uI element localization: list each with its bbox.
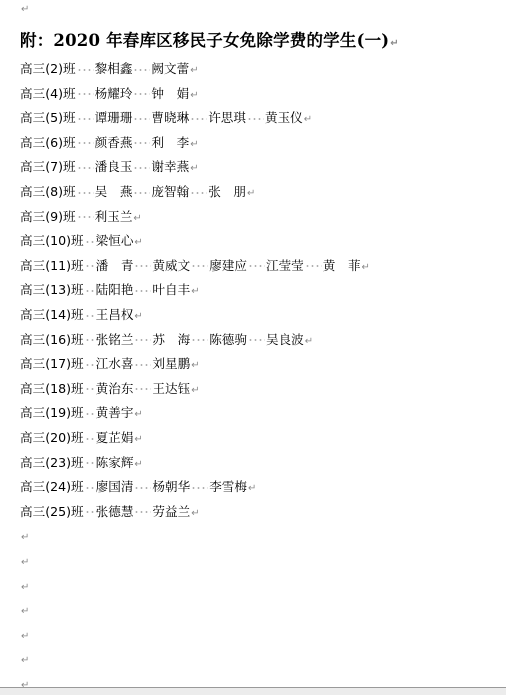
student-name: 钟 娟 <box>151 86 189 102</box>
paragraph-mark-icon: ↵ <box>133 213 141 224</box>
student-name: 夏芷娟 <box>96 430 134 446</box>
student-name: 颜香燕 <box>95 135 133 151</box>
class-label: 高三(18)班 <box>20 381 84 397</box>
student-name: 陈家辉 <box>96 455 134 471</box>
student-name: 杨耀玲 <box>95 86 133 102</box>
student-name: 利玉兰 <box>95 209 133 225</box>
student-name: 黎相鑫 <box>95 61 133 77</box>
student-name: 陆阳艳 <box>96 282 134 298</box>
space-marks <box>85 438 95 440</box>
student-name: 刘星鹏 <box>152 356 190 372</box>
student-name: 张德慧 <box>96 504 134 520</box>
class-label: 高三(2)班 <box>20 61 76 77</box>
paragraph-mark-icon: ↵ <box>134 409 142 420</box>
paragraph-mark-icon: ↵ <box>305 336 313 347</box>
space-marks <box>190 118 207 120</box>
space-marks <box>191 339 208 341</box>
space-marks <box>77 118 94 120</box>
class-label: 高三(4)班 <box>20 86 76 102</box>
student-name: 杨朝华 <box>152 479 190 495</box>
student-row: 高三(13)班陆阳艳叶自丰↵ <box>20 282 200 298</box>
space-marks <box>191 487 208 489</box>
paragraph-mark-icon: ↵ <box>190 139 198 150</box>
paragraph-mark-icon: ↵ <box>248 483 256 494</box>
student-row: 高三(18)班黄治东王达钰↵ <box>20 381 200 397</box>
space-marks <box>77 167 94 169</box>
student-name: 吴 燕 <box>95 184 133 200</box>
blank-paragraph: ↵ <box>20 653 29 669</box>
blank-paragraph: ↵ <box>20 629 29 645</box>
space-marks <box>77 142 94 144</box>
space-marks <box>133 118 150 120</box>
student-name: 阙文蕾 <box>151 61 189 77</box>
class-label: 高三(8)班 <box>20 184 76 200</box>
class-label: 高三(24)班 <box>20 479 84 495</box>
student-name: 谢幸燕 <box>151 159 189 175</box>
blank-paragraph: ↵ <box>20 580 29 596</box>
space-marks <box>305 265 322 267</box>
student-name: 廖建应 <box>209 258 247 274</box>
space-marks <box>191 265 208 267</box>
student-row: 高三(20)班夏芷娟↵ <box>20 430 143 446</box>
student-row: 高三(9)班利玉兰↵ <box>20 209 142 225</box>
paragraph-mark-icon: ↵ <box>191 360 199 371</box>
paragraph-mark-icon: ↵ <box>390 38 399 49</box>
student-name: 李雪梅 <box>209 479 247 495</box>
space-marks <box>85 413 95 415</box>
student-row: 高三(11)班潘 青黄威文廖建应江莹莹黄 菲↵ <box>20 258 370 274</box>
space-marks <box>77 216 94 218</box>
student-name: 利 李 <box>151 135 189 151</box>
space-marks <box>248 339 265 341</box>
student-row: 高三(5)班谭珊珊曹晓琳许思琪黄玉仪↵ <box>20 110 312 126</box>
class-label: 高三(10)班 <box>20 233 84 249</box>
space-marks <box>77 93 94 95</box>
space-marks <box>133 167 150 169</box>
student-name: 张铭兰 <box>96 332 134 348</box>
blank-paragraph: ↵ <box>20 2 29 18</box>
blank-paragraph: ↵ <box>20 604 29 620</box>
space-marks <box>85 364 95 366</box>
space-marks <box>248 265 265 267</box>
paragraph-mark-icon: ↵ <box>362 262 370 273</box>
student-name: 许思琪 <box>208 110 246 126</box>
class-label: 高三(11)班 <box>20 258 84 274</box>
paragraph-mark-icon: ↵ <box>134 459 142 470</box>
space-marks <box>77 69 94 71</box>
student-row: 高三(2)班黎相鑫阙文蕾↵ <box>20 61 199 77</box>
space-marks <box>85 511 95 513</box>
page-bottom-edge <box>0 687 506 695</box>
student-name: 王昌权 <box>96 307 134 323</box>
class-label: 高三(25)班 <box>20 504 84 520</box>
space-marks <box>85 487 95 489</box>
paragraph-mark-icon: ↵ <box>191 286 199 297</box>
student-name: 潘良玉 <box>95 159 133 175</box>
student-name: 庞智翰 <box>151 184 189 200</box>
space-marks <box>133 69 150 71</box>
space-marks <box>85 462 95 464</box>
student-row: 高三(10)班梁恒心↵ <box>20 233 143 249</box>
space-marks <box>190 192 207 194</box>
student-row: 高三(17)班江水喜刘星鹏↵ <box>20 356 200 372</box>
student-name: 苏 海 <box>152 332 190 348</box>
class-label: 高三(7)班 <box>20 159 76 175</box>
paragraph-mark-icon: ↵ <box>21 582 29 593</box>
student-name: 陈德驹 <box>209 332 247 348</box>
paragraph-mark-icon: ↵ <box>134 237 142 248</box>
paragraph-mark-icon: ↵ <box>21 631 29 642</box>
paragraph-mark-icon: ↵ <box>134 434 142 445</box>
student-name: 江莹莹 <box>266 258 304 274</box>
student-name: 潘 青 <box>96 258 134 274</box>
paragraph-mark-icon: ↵ <box>21 532 29 543</box>
student-row: 高三(23)班陈家辉↵ <box>20 455 143 471</box>
space-marks <box>85 315 95 317</box>
paragraph-mark-icon: ↵ <box>21 4 29 15</box>
space-marks <box>134 364 151 366</box>
paragraph-mark-icon: ↵ <box>304 114 312 125</box>
space-marks <box>134 388 151 390</box>
space-marks <box>77 192 94 194</box>
class-label: 高三(13)班 <box>20 282 84 298</box>
class-label: 高三(14)班 <box>20 307 84 323</box>
student-name: 张 朋 <box>208 184 246 200</box>
student-row: 高三(19)班黄善宇↵ <box>20 405 143 421</box>
class-label: 高三(23)班 <box>20 455 84 471</box>
student-name: 劳益兰 <box>152 504 190 520</box>
student-name: 黄 菲 <box>323 258 361 274</box>
space-marks <box>134 265 151 267</box>
paragraph-mark-icon: ↵ <box>191 508 199 519</box>
student-row: 高三(7)班潘良玉谢幸燕↵ <box>20 159 199 175</box>
space-marks <box>134 339 151 341</box>
student-name: 廖国清 <box>96 479 134 495</box>
class-label: 高三(5)班 <box>20 110 76 126</box>
space-marks <box>85 339 95 341</box>
space-marks <box>134 511 151 513</box>
student-row: 高三(25)班张德慧劳益兰↵ <box>20 504 200 520</box>
paragraph-mark-icon: ↵ <box>190 163 198 174</box>
class-label: 高三(9)班 <box>20 209 76 225</box>
student-name: 江水喜 <box>96 356 134 372</box>
paragraph-mark-icon: ↵ <box>191 385 199 396</box>
student-name: 梁恒心 <box>96 233 134 249</box>
student-name: 黄治东 <box>96 381 134 397</box>
document-title: 附：2020 年春库区移民子女免除学费的学生(一)↵ <box>20 31 399 51</box>
space-marks <box>85 388 95 390</box>
space-marks <box>85 265 95 267</box>
class-label: 高三(19)班 <box>20 405 84 421</box>
student-row: 高三(14)班王昌权↵ <box>20 307 143 323</box>
student-row: 高三(6)班颜香燕利 李↵ <box>20 135 199 151</box>
class-label: 高三(20)班 <box>20 430 84 446</box>
student-name: 黄玉仪 <box>265 110 303 126</box>
student-name: 黄善宇 <box>96 405 134 421</box>
title-text: 附：2020 年春库区移民子女免除学费的学生(一) <box>20 31 389 50</box>
space-marks <box>133 93 150 95</box>
space-marks <box>134 487 151 489</box>
document-page[interactable]: ↵ 附：2020 年春库区移民子女免除学费的学生(一)↵ 高三(2)班黎相鑫阙文… <box>0 0 506 688</box>
space-marks <box>133 142 150 144</box>
paragraph-mark-icon: ↵ <box>190 65 198 76</box>
class-label: 高三(17)班 <box>20 356 84 372</box>
student-row: 高三(16)班张铭兰苏 海陈德驹吴良波↵ <box>20 332 313 348</box>
paragraph-mark-icon: ↵ <box>21 655 29 666</box>
paragraph-mark-icon: ↵ <box>134 311 142 322</box>
class-label: 高三(6)班 <box>20 135 76 151</box>
student-name: 吴良波 <box>266 332 304 348</box>
paragraph-mark-icon: ↵ <box>247 188 255 199</box>
blank-paragraph: ↵ <box>20 555 29 571</box>
student-row: 高三(24)班廖国清杨朝华李雪梅↵ <box>20 479 256 495</box>
student-row: 高三(8)班吴 燕庞智翰张 朋↵ <box>20 184 255 200</box>
space-marks <box>85 290 95 292</box>
student-name: 曹晓琳 <box>151 110 189 126</box>
student-name: 王达钰 <box>152 381 190 397</box>
student-row: 高三(4)班杨耀玲钟 娟↵ <box>20 86 199 102</box>
student-name: 叶自丰 <box>152 282 190 298</box>
space-marks <box>133 192 150 194</box>
paragraph-mark-icon: ↵ <box>21 557 29 568</box>
paragraph-mark-icon: ↵ <box>190 90 198 101</box>
class-label: 高三(16)班 <box>20 332 84 348</box>
space-marks <box>134 290 151 292</box>
blank-paragraph: ↵ <box>20 530 29 546</box>
student-name: 黄威文 <box>152 258 190 274</box>
paragraph-mark-icon: ↵ <box>21 606 29 617</box>
student-name: 谭珊珊 <box>95 110 133 126</box>
space-marks <box>247 118 264 120</box>
space-marks <box>85 241 95 243</box>
